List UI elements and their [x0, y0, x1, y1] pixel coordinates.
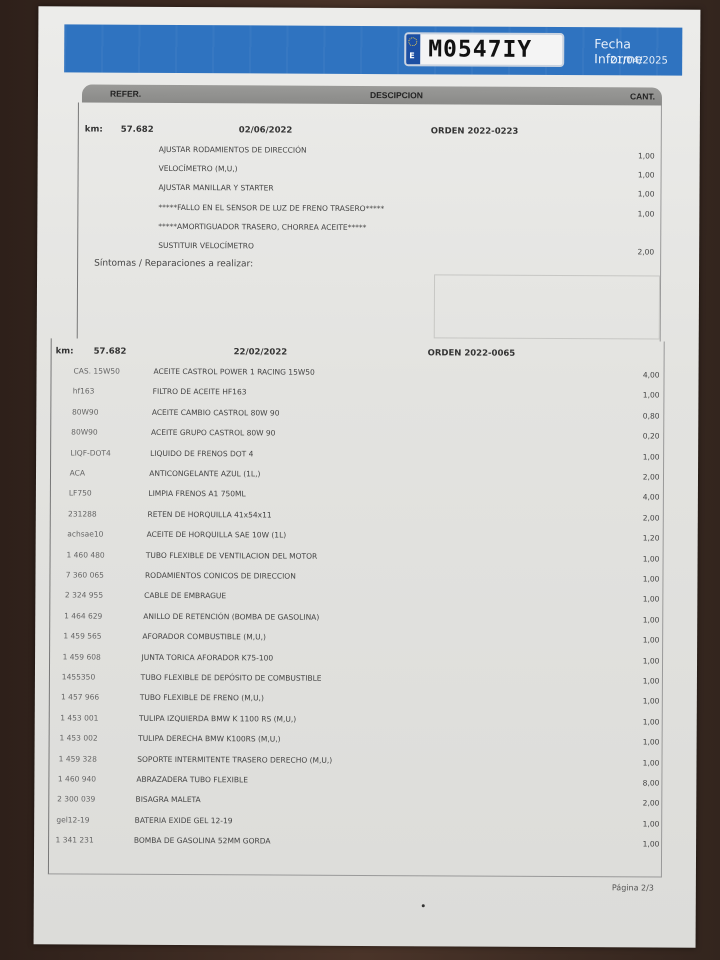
item-quantity: 1,00 — [619, 738, 659, 747]
item-description: BOMBA DE GASOLINA 52MM GORDA — [134, 836, 271, 846]
item-description: AJUSTAR RODAMIENTOS DE DIRECCIÓN — [159, 145, 307, 155]
item-ref: 80W90 — [71, 428, 98, 437]
item-description: *****AMORTIGUADOR TRASERO, CHORREA ACEIT… — [158, 222, 366, 232]
item-description: ACEITE CASTROL POWER 1 RACING 15W50 — [154, 367, 315, 377]
page-number: Página 2/3 — [612, 883, 654, 892]
item-ref: 1 459 608 — [63, 652, 101, 661]
item-description: AFORADOR COMBUSTIBLE (M,U,) — [142, 632, 266, 642]
symptoms-label: Síntomas / Reparaciones a realizar: — [94, 259, 253, 270]
item-description: RODAMIENTOS CONICOS DE DIRECCION — [145, 571, 296, 581]
item-quantity: 8,00 — [619, 778, 659, 787]
item-quantity: 1,00 — [619, 574, 659, 583]
order-block-2: km: 57.682 22/02/2022 ORDEN 2022-0065 CA… — [48, 338, 665, 877]
item-quantity: 1,00 — [619, 656, 659, 665]
item-quantity: 4,00 — [620, 370, 660, 379]
item-quantity: 2,00 — [614, 247, 654, 256]
item-ref: achsae10 — [67, 530, 103, 539]
order-date: 02/06/2022 — [239, 125, 293, 135]
item-ref: 1 341 231 — [56, 836, 94, 845]
item-description: ANTICONGELANTE AZUL (1L,) — [149, 469, 260, 479]
item-quantity: 0,80 — [619, 411, 659, 420]
item-ref: 1 459 565 — [63, 632, 101, 641]
col-desc: DESCIPCION — [370, 90, 423, 100]
item-quantity: 1,00 — [614, 209, 654, 218]
license-plate: E M0547IY — [404, 32, 564, 67]
item-description: ANILLO DE RETENCIÓN (BOMBA DE GASOLINA) — [143, 612, 319, 622]
item-ref: 1 464 629 — [64, 611, 102, 620]
paper-speck — [422, 904, 425, 907]
item-description: FILTRO DE ACEITE HF163 — [153, 387, 247, 396]
item-ref: 231288 — [68, 509, 97, 518]
item-ref: gel12-19 — [56, 815, 89, 824]
item-ref: 1 460 940 — [58, 774, 96, 783]
item-description: *****FALLO EN EL SENSOR DE LUZ DE FRENO … — [158, 202, 384, 212]
item-description: JUNTA TORICA AFORADOR K75-100 — [142, 652, 274, 662]
order-number: ORDEN 2022-0065 — [428, 348, 516, 358]
item-ref: 2 324 955 — [65, 591, 103, 600]
item-description: AJUSTAR MANILLAR Y STARTER — [158, 183, 273, 193]
item-description: ACEITE GRUPO CASTROL 80W 90 — [151, 428, 276, 438]
item-description: BATERIA EXIDE GEL 12-19 — [135, 816, 233, 826]
item-ref: LIQF-DOT4 — [70, 448, 110, 457]
item-quantity: 1,00 — [619, 717, 659, 726]
item-ref: 2 300 039 — [57, 795, 95, 804]
item-ref: 1 459 328 — [59, 754, 97, 763]
item-quantity: 1,00 — [619, 615, 659, 624]
item-ref: hf163 — [73, 387, 95, 396]
item-description: TUBO FLEXIBLE DE DEPÓSITO DE COMBUSTIBLE — [141, 673, 322, 683]
item-ref: CAS. 15W50 — [74, 366, 120, 375]
item-ref: 1 460 480 — [66, 550, 104, 559]
item-quantity: 1,00 — [620, 391, 660, 400]
invoice-page: E M0547IY Fecha Informe 21/04/2025 REFER… — [34, 6, 701, 947]
plate-number: M0547IY — [428, 36, 532, 63]
col-cant: CANT. — [630, 91, 655, 101]
item-ref: 7 360 065 — [66, 570, 104, 579]
item-description: LIQUIDO DE FRENOS DOT 4 — [150, 448, 253, 458]
km-value: 57.682 — [94, 347, 127, 357]
item-description: ACEITE CAMBIO CASTROL 80W 90 — [152, 408, 280, 418]
item-description: TUBO FLEXIBLE DE FRENO (M,U,) — [140, 693, 264, 703]
item-description: RETEN DE HORQUILLA 41x54x11 — [148, 510, 272, 520]
item-quantity: 2,00 — [619, 472, 659, 481]
km-value: 57.682 — [121, 125, 154, 135]
item-description: ABRAZADERA TUBO FLEXIBLE — [136, 775, 248, 785]
order-block-1: km: 57.682 02/06/2022 ORDEN 2022-0223 AJ… — [77, 102, 662, 341]
item-description: TULIPA DERECHA BMW K100RS (M,U,) — [138, 734, 281, 744]
item-ref: 1 457 966 — [61, 693, 99, 702]
header-banner: E M0547IY Fecha Informe 21/04/2025 — [64, 24, 682, 75]
item-quantity: 1,00 — [615, 151, 655, 160]
item-description: BISAGRA MALETA — [136, 795, 201, 804]
item-description: TUBO FLEXIBLE DE VENTILACION DEL MOTOR — [146, 550, 317, 560]
order-date: 22/02/2022 — [234, 347, 288, 357]
item-ref: 80W90 — [72, 407, 99, 416]
km-label: km: — [85, 125, 103, 135]
item-quantity: 1,00 — [614, 190, 654, 199]
eu-flag-icon: E — [406, 34, 420, 64]
item-quantity: 1,00 — [619, 595, 659, 604]
item-ref: ACA — [70, 468, 85, 477]
item-description: SUSTITUIR VELOCÍMETRO — [158, 241, 254, 251]
item-quantity: 2,00 — [619, 799, 659, 808]
item-quantity: 1,00 — [619, 819, 659, 828]
item-quantity: 1,00 — [619, 554, 659, 563]
order-number: ORDEN 2022-0223 — [431, 126, 519, 136]
item-ref: 1455350 — [62, 672, 95, 681]
item-quantity: 1,00 — [619, 636, 659, 645]
item-description: VELOCÍMETRO (M,U,) — [159, 164, 238, 173]
item-quantity: 4,00 — [619, 493, 659, 502]
item-quantity: 1,20 — [619, 534, 659, 543]
item-description: ACEITE DE HORQUILLA SAE 10W (1L) — [147, 530, 287, 540]
item-ref: 1 453 001 — [60, 713, 98, 722]
item-description: CABLE DE EMBRAGUE — [144, 591, 226, 600]
item-quantity: 1,00 — [619, 758, 659, 767]
item-ref: LF750 — [69, 489, 92, 498]
item-quantity: 1,00 — [619, 697, 659, 706]
item-description: LIMPIA FRENOS A1 750ML — [148, 489, 245, 499]
item-quantity: 1,00 — [615, 170, 655, 179]
item-quantity: 1,00 — [619, 452, 659, 461]
km-label: km: — [56, 346, 74, 356]
item-quantity: 1,00 — [619, 840, 659, 849]
item-description: SOPORTE INTERMITENTE TRASERO DERECHO (M,… — [137, 754, 332, 764]
symptoms-box — [434, 274, 660, 339]
item-quantity: 2,00 — [619, 513, 659, 522]
col-ref: REFER. — [110, 89, 141, 99]
report-date-value: 21/04/2025 — [610, 55, 668, 66]
item-ref: 1 453 002 — [59, 734, 97, 743]
item-description: TULIPA IZQUIERDA BMW K 1100 RS (M,U,) — [139, 714, 296, 724]
item-quantity: 0,20 — [619, 432, 659, 441]
item-quantity: 1,00 — [619, 676, 659, 685]
